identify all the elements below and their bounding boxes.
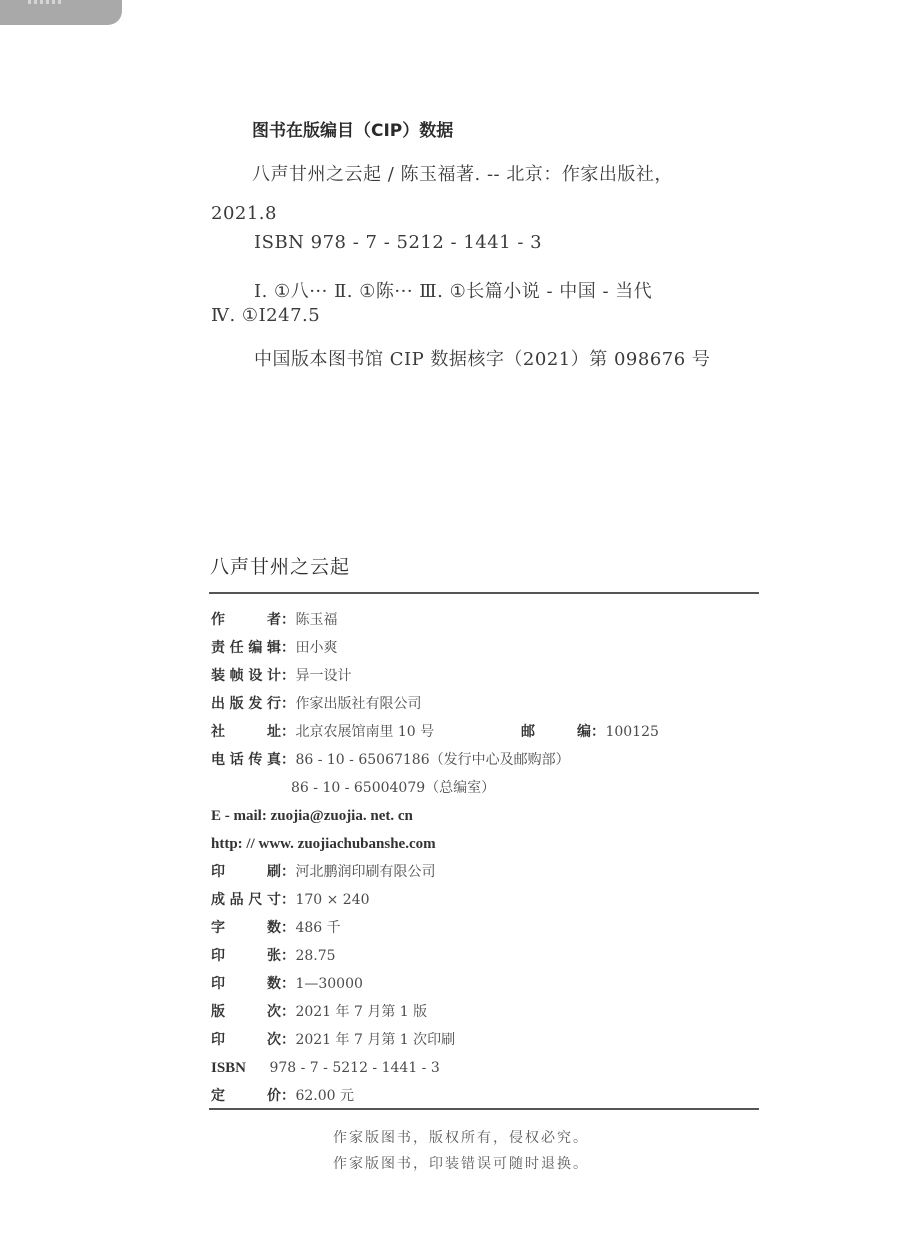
book-title: 八声甘州之云起	[210, 552, 350, 579]
value-email: E - mail: zuojia@zuojia. net. cn	[211, 808, 413, 824]
row-publisher: 出版发行： 作家出版社有限公司	[211, 694, 421, 714]
corner-tab-label	[28, 0, 64, 4]
value-sheets: 28.75	[295, 948, 335, 964]
label-editor: 责任编辑	[211, 638, 281, 658]
cip-record-line: 八声甘州之云起 / 陈玉福著. -- 北京：作家出版社，	[252, 160, 673, 186]
cip-verification-number: 中国版本图书馆 CIP 数据核字（2021）第 098676 号	[254, 345, 710, 371]
row-address: 社址： 北京农展馆南里 10 号 邮编： 100125	[211, 722, 434, 742]
row-sheets: 印张： 28.75	[211, 946, 336, 966]
row-print-run: 印数： 1—30000	[211, 974, 363, 994]
label-publisher: 出版发行	[211, 694, 281, 714]
label-printing: 印次	[211, 1030, 281, 1050]
label-price: 定价	[211, 1086, 281, 1106]
value-editor: 田小爽	[295, 640, 337, 656]
label-edition: 版次	[211, 1002, 281, 1022]
value-author: 陈玉福	[295, 612, 337, 628]
label-sheets: 印张	[211, 946, 281, 966]
label-isbn: ISBN	[211, 1058, 265, 1078]
cip-record-date: 2021.8	[211, 203, 277, 224]
value-price: 62.00 元	[295, 1088, 354, 1104]
value-isbn: 978 - 7 - 5212 - 1441 - 3	[269, 1060, 439, 1076]
value-printing: 2021 年 7 月第 1 次印刷	[295, 1032, 455, 1048]
value-postal-code: 100125	[605, 724, 658, 740]
row-printer: 印刷： 河北鹏润印刷有限公司	[211, 862, 435, 882]
label-size: 成品尺寸	[211, 890, 281, 910]
label-printer: 印刷	[211, 862, 281, 882]
row-printing: 印次： 2021 年 7 月第 1 次印刷	[211, 1030, 455, 1050]
row-phone: 电话传真： 86 - 10 - 65067186（发行中心及邮购部）	[211, 750, 570, 770]
label-phone: 电话传真	[211, 750, 281, 770]
row-word-count: 字数： 486 千	[211, 918, 341, 938]
label-word-count: 字数	[211, 918, 281, 938]
row-design: 装帧设计： 异一设计	[211, 666, 351, 686]
row-author: 作者： 陈玉福	[211, 610, 337, 630]
row-editor: 责任编辑： 田小爽	[211, 638, 337, 658]
value-edition: 2021 年 7 月第 1 版	[295, 1004, 427, 1020]
cip-classification-number: Ⅳ. ①I247.5	[211, 305, 320, 326]
value-printer: 河北鹏润印刷有限公司	[295, 864, 435, 880]
row-website: http: // www. zuojiachubanshe.com	[211, 834, 436, 854]
bottom-divider	[209, 1108, 759, 1110]
value-phone-sales: 86 - 10 - 65067186（发行中心及邮购部）	[295, 752, 569, 768]
row-isbn: ISBN 978 - 7 - 5212 - 1441 - 3	[211, 1058, 440, 1078]
value-design: 异一设计	[295, 668, 351, 684]
value-address: 北京农展馆南里 10 号	[295, 724, 434, 740]
top-divider	[209, 592, 759, 594]
value-word-count: 486 千	[295, 920, 340, 936]
value-publisher: 作家出版社有限公司	[295, 696, 421, 712]
label-address: 社址	[211, 722, 281, 742]
copyright-notice: 作家版图书，版权所有，侵权必究。	[333, 1127, 589, 1147]
postal-code: 邮编： 100125	[521, 722, 659, 742]
value-phone-editorial: 86 - 10 - 65004079（总编室）	[291, 780, 495, 796]
value-size: 170 × 240	[295, 892, 369, 908]
cip-isbn: ISBN 978 - 7 - 5212 - 1441 - 3	[254, 232, 542, 253]
value-website: http: // www. zuojiachubanshe.com	[211, 836, 436, 852]
cip-classification: Ⅰ. ①八··· Ⅱ. ①陈··· Ⅲ. ①长篇小说 - 中国 - 当代	[254, 277, 652, 303]
row-email: E - mail: zuojia@zuojia. net. cn	[211, 806, 413, 826]
label-print-run: 印数	[211, 974, 281, 994]
row-price: 定价： 62.00 元	[211, 1086, 354, 1106]
row-size: 成品尺寸： 170 × 240	[211, 890, 370, 910]
cip-heading: 图书在版编目（CIP）数据	[252, 116, 453, 141]
row-edition: 版次： 2021 年 7 月第 1 版	[211, 1002, 427, 1022]
replacement-notice: 作家版图书，印装错误可随时退换。	[333, 1153, 589, 1173]
row-phone-2: 86 - 10 - 65004079（总编室）	[291, 778, 495, 798]
label-postal-code: 邮编	[521, 722, 591, 742]
value-print-run: 1—30000	[295, 976, 362, 992]
corner-tab[interactable]	[0, 0, 122, 25]
label-design: 装帧设计	[211, 666, 281, 686]
label-author: 作者	[211, 610, 281, 630]
